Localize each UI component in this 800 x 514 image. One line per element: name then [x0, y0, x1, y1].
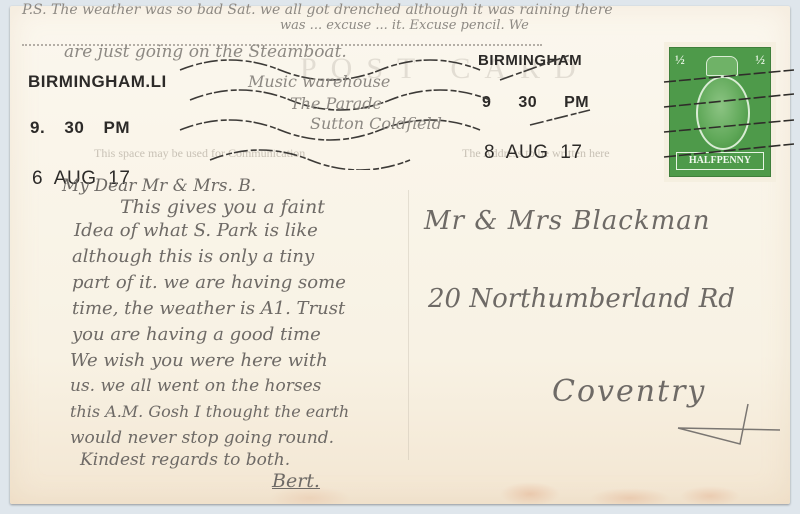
return-address-line-3: Sutton Coldfield — [310, 114, 442, 133]
town-underline-flourish — [670, 400, 790, 450]
return-address-line-2: The Parade — [290, 94, 382, 113]
message-signature: Bert. — [272, 470, 320, 492]
cancellation-wavy-lines — [170, 50, 670, 170]
return-address-line-1: Music warehouse — [248, 72, 390, 91]
message-line: you are having a good time — [72, 324, 321, 345]
postmark-1-city: BIRMINGHAM.LI — [28, 72, 167, 92]
ps-line-1: P.S. The weather was so bad Sat. we all … — [22, 2, 613, 18]
center-divider — [408, 190, 409, 460]
message-line: us. we all went on the horses — [70, 376, 321, 396]
message-line: although this is only a tiny — [72, 246, 314, 267]
postage-stamp: ½ ½ HALFPENNY — [664, 42, 776, 182]
postmark-1-time: 9. 30 PM — [30, 118, 130, 138]
address-name: Mr & Mrs Blackman — [424, 206, 711, 236]
ps-line-2: was ... excuse ... it. Excuse pencil. We — [280, 18, 529, 33]
message-line: time, the weather is A1. Trust — [72, 298, 345, 319]
message-line: Idea of what S. Park is like — [74, 220, 318, 241]
message-line: Kindest regards to both. — [80, 450, 290, 470]
message-greeting: My Dear Mr & Mrs. B. — [62, 176, 256, 196]
address-street: 20 Northumberland Rd — [428, 284, 735, 314]
stamp-cancel-lines — [654, 52, 794, 172]
message-line: We wish you were here with — [70, 350, 328, 371]
message-line: part of it. we are having some — [72, 272, 346, 293]
message-line: This gives you a faint — [120, 196, 325, 218]
message-line: would never stop going round. — [70, 428, 334, 448]
message-line: this A.M. Gosh I thought the earth — [70, 402, 349, 421]
